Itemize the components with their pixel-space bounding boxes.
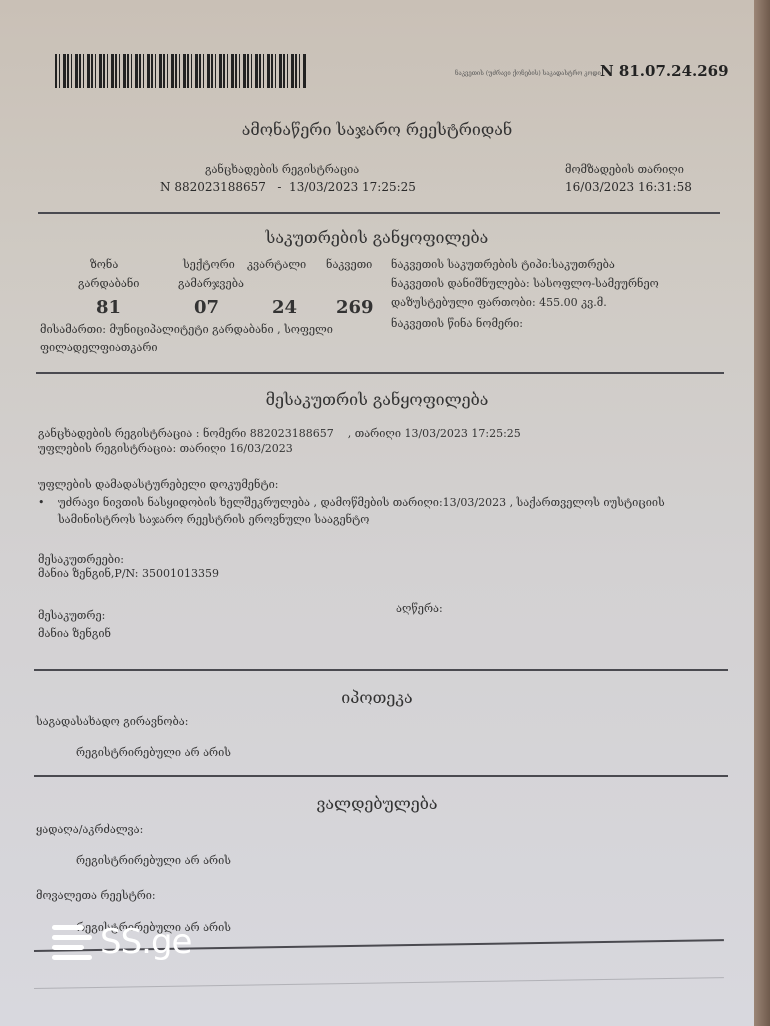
rights-registration-line: უფლების რეგისტრაცია: თარიღი 16/03/2023: [38, 442, 293, 455]
debtors-registry-label: მოვალეთა რეესტრი:: [36, 889, 156, 902]
tax-lien-value: რეგისტრირებული არ არის: [76, 746, 231, 759]
sector-label: სექტორი: [183, 258, 235, 271]
seizure-label: ყადაღა/აკრძალვა:: [36, 823, 143, 836]
zone-name: გარდაბანი: [78, 277, 139, 290]
watermark-text: SS.ge: [100, 922, 191, 962]
cadastral-code: N 81.07.24.269: [600, 62, 729, 80]
zone-value: 81: [96, 297, 121, 318]
owner-application-line: განცხადების რეგისტრაცია : ნომერი 8820231…: [38, 427, 521, 440]
mortgage-section-title: იპოთეკა: [0, 688, 754, 707]
address-line-1: მისამართი: მუნიციპალიტეტი გარდაბანი , სო…: [40, 323, 333, 336]
prep-date-value: 16/03/2023 16:31:58: [565, 180, 692, 194]
document-page: ნაკვეთის (უძრავი ქონების) საკადასტრო კოდ…: [0, 0, 754, 1026]
parcel-label: ნაკვეთი: [326, 258, 372, 271]
zone-label: ზონა: [90, 258, 118, 271]
application-label: განცხადების რეგისტრაცია: [205, 163, 359, 176]
cadastral-code-label: ნაკვეთის (უძრავი ქონების) საკადასტრო კოდ…: [455, 70, 601, 77]
address-line-2: ფილადელფიათკარი: [40, 341, 158, 354]
document-title: ამონაწერი საჯარო რეესტრიდან: [0, 120, 754, 139]
ss-ge-watermark: SS.ge: [52, 922, 191, 962]
sector-value: 07: [194, 297, 219, 318]
property-previous-number: ნაკვეთის წინა ნომერი:: [391, 317, 523, 330]
property-ownership-type: ნაკვეთის საკუთრების ტიპი:საკუთრება: [391, 258, 615, 271]
obligation-section-title: ვალდებულება: [0, 794, 754, 813]
prep-date-label: მომზადების თარიღი: [565, 163, 684, 176]
quarter-value: 24: [272, 297, 297, 318]
description-label: აღწერა:: [396, 602, 443, 615]
background-edge: [754, 0, 770, 1026]
owner-value: მანია ზენგინ: [38, 627, 111, 640]
tax-lien-label: საგადასახადო გირავნობა:: [36, 715, 188, 728]
owners-value: მანია ზენგინ,P/N: 35001013359: [38, 567, 219, 580]
barcode: [55, 54, 307, 88]
document-item-line-1: უძრავი ნივთის ნასყიდობის ხელშეკრულება , …: [58, 496, 665, 509]
document-item-line-2: სამინისტროს საჯარო რეესტრის ეროვნული საა…: [58, 513, 369, 526]
owner-label: მესაკუთრე:: [38, 609, 105, 622]
document-label: უფლების დამადასტურებელი დოკუმენტი:: [38, 478, 279, 491]
owners-label: მესაკუთრეები:: [38, 553, 124, 566]
sector-name: გამარჯვება: [178, 277, 244, 290]
divider: [38, 212, 720, 214]
owner-section-title: მესაკუთრის განყოფილება: [0, 390, 754, 409]
property-area: დაზუსტებული ფართობი: 455.00 კვ.მ.: [391, 296, 607, 309]
property-purpose: ნაკვეთის დანიშნულება: სასოფლო-სამეურნეო: [391, 277, 659, 290]
parcel-value: 269: [336, 297, 374, 318]
divider: [34, 669, 728, 671]
divider: [34, 775, 728, 777]
seizure-value: რეგისტრირებული არ არის: [76, 854, 231, 867]
divider: [34, 977, 724, 989]
property-section-title: საკუთრების განყოფილება: [0, 228, 754, 247]
application-value: N 882023188657 - 13/03/2023 17:25:25: [160, 180, 416, 194]
menu-lines-icon: [52, 925, 92, 960]
divider: [36, 372, 724, 374]
quarter-label: კვარტალი: [247, 258, 306, 271]
